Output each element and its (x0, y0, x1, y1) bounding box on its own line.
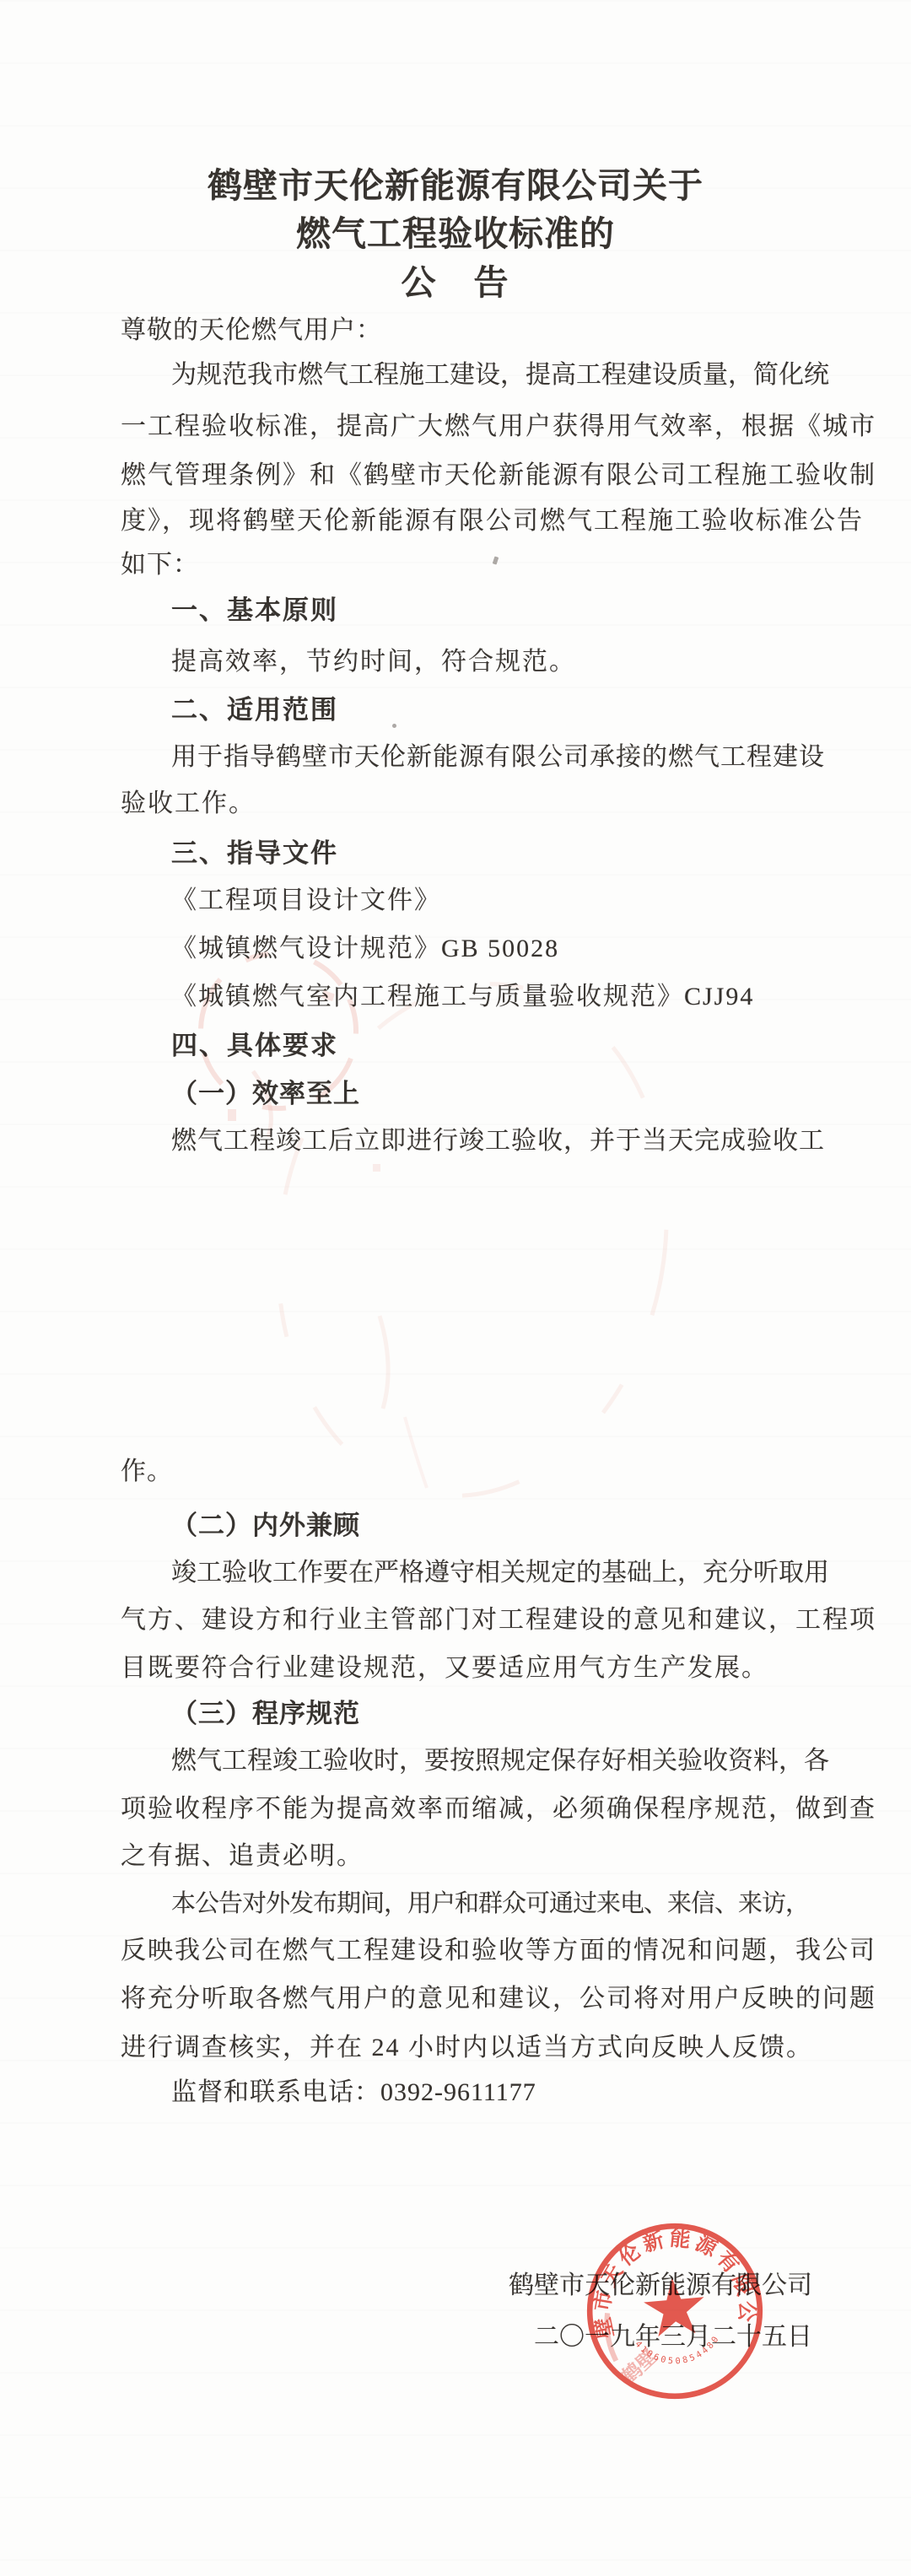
para-5-line-1: 竣工验收工作要在严格遵守相关规定的基础上，充分听取用 (171, 1558, 829, 1589)
para-1-line-2: 一工程验收标准，提高广大燃气用户获得用气效率，根据《城市 (121, 412, 876, 443)
para-4-line-2: 作。 (121, 1457, 173, 1488)
para-6-line-1: 燃气工程竣工验收时，要按照规定保存好相关验收资料，各 (171, 1746, 829, 1777)
para-1-line-5: 如下： (121, 550, 199, 581)
salutation: 尊敬的天伦燃气用户： (121, 315, 382, 347)
para-6-line-3: 之有据、追责必明。 (121, 1841, 364, 1873)
para-6-line-2: 项验收程序不能为提高效率而缩减，必须确保程序规范，做到查 (121, 1794, 876, 1825)
para-3-line-2: 验收工作。 (121, 789, 256, 820)
para-7-line-1: 本公告对外发布期间，用户和群众可通过来电、来信、来访， (171, 1889, 809, 1919)
scan-speck (493, 556, 499, 564)
heading-4: 四、具体要求 (171, 1030, 338, 1062)
doc-ref-3: 《城镇燃气室内工程施工与质量验收规范》CJJ94 (171, 982, 754, 1013)
para-7-line-4: 进行调查核实，并在 24 小时内以适当方式向反映人反馈。 (121, 2033, 813, 2064)
para-5-line-3: 目既要符合行业建设规范，又要适应用气方生产发展。 (121, 1653, 768, 1684)
heading-4-3: （三）程序规范 (171, 1698, 360, 1730)
heading-4-2: （二）内外兼顾 (171, 1510, 360, 1542)
para-1-line-3: 燃气管理条例》和《鹤壁市天伦新能源有限公司工程施工验收制 (121, 461, 876, 492)
title-line-3: 公 告 (0, 261, 911, 304)
heading-2: 二、适用范围 (171, 694, 338, 726)
para-3-line-1: 用于指导鹤壁市天伦新能源有限公司承接的燃气工程建设 (171, 742, 825, 773)
doc-ref-2: 《城镇燃气设计规范》GB 50028 (171, 934, 559, 965)
heading-1: 一、基本原则 (171, 595, 338, 627)
contact-phone: 监督和联系电话：0392-9611177 (171, 2078, 536, 2109)
heading-3: 三、指导文件 (171, 838, 338, 870)
para-5-line-2: 气方、建设方和行业主管部门对工程建设的意见和建议，工程项 (121, 1605, 876, 1636)
seal-star (642, 2275, 707, 2337)
scan-speck (392, 724, 396, 728)
seal-smudge-text: 鹤壁 (616, 2344, 661, 2389)
para-1-line-1: 为规范我市燃气工程施工建设，提高工程建设质量，简化统 (171, 360, 829, 391)
doc-ref-1: 《工程项目设计文件》 (171, 886, 441, 917)
para-4-line-1: 燃气工程竣工后立即进行竣工验收，并于当天完成验收工 (171, 1126, 825, 1157)
para-2-line-1: 提高效率，节约时间，符合规范。 (171, 647, 576, 678)
title-line-2: 燃气工程验收标准的 (0, 213, 911, 255)
para-7-line-2: 反映我公司在燃气工程建设和验收等方面的情况和问题，我公司 (121, 1936, 876, 1967)
company-seal-stamp: 鹤壁市天伦新能源有限公司 4106050854480 鹤壁 (573, 2209, 778, 2414)
para-1-line-4: 度》，现将鹤壁天伦新能源有限公司燃气工程施工验收标准公告 (121, 506, 864, 537)
title-line-1: 鹤壁市天伦新能源有限公司关于 (0, 164, 911, 207)
heading-4-1: （一）效率至上 (171, 1078, 360, 1110)
para-7-line-3: 将充分听取各燃气用户的意见和建议，公司将对用户反映的问题 (121, 1984, 876, 2015)
scanned-announcement-page: 鹤壁市天伦新能源有限公司关于燃气工程验收标准的公 告尊敬的天伦燃气用户：为规范我… (0, 0, 911, 2576)
